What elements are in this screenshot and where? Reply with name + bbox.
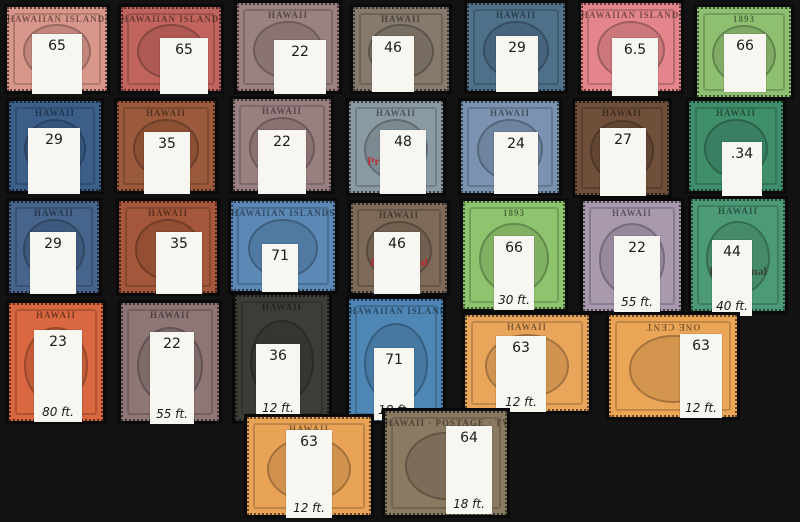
catalog-number: 63 [496, 340, 546, 356]
stamp-inscription: HAWAII [237, 10, 339, 20]
catalog-label: 22 [274, 40, 326, 94]
catalog-label: 65 [32, 34, 82, 94]
catalog-label: 24 [494, 132, 538, 194]
catalog-label: 27 [600, 128, 646, 196]
catalog-label: 3612 ft. [256, 344, 300, 418]
catalog-number: 66 [724, 38, 766, 54]
catalog-label: 48 [380, 130, 426, 194]
catalog-number: 22 [150, 336, 194, 352]
catalog-label: 6312 ft. [680, 334, 722, 418]
catalog-label: 71 [262, 244, 298, 294]
catalog-number: 63 [680, 338, 722, 354]
catalog-number: 63 [286, 434, 332, 450]
stamp-inscription: HAWAII [235, 302, 329, 312]
catalog-number: 29 [496, 40, 538, 56]
catalog-label: 22 [258, 130, 306, 194]
stamp-inscription: HAWAII [119, 208, 217, 218]
stamp-inscription: HAWAII [575, 108, 669, 118]
catalog-number: 48 [380, 134, 426, 150]
catalog-number: 24 [494, 136, 538, 152]
catalog-number: 29 [30, 236, 76, 252]
catalog-label: 2255 ft. [150, 332, 194, 424]
stamp-inscription: HAWAIIAN ISLANDS POSTAGE [581, 10, 681, 20]
catalog-number: 44 [712, 244, 752, 260]
catalog-number: 35 [144, 136, 190, 152]
catalog-number: 64 [446, 430, 492, 446]
catalog-number: 23 [34, 334, 82, 350]
catalog-label: 66 [724, 34, 766, 92]
stamp-inscription: HAWAII [117, 108, 215, 118]
catalog-number: 6.5 [612, 42, 658, 58]
price-note: 12 ft. [286, 501, 332, 515]
stamp-inscription: 1893 [463, 208, 565, 218]
catalog-number: 22 [614, 240, 660, 256]
stamp-inscription: HAWAII [461, 108, 559, 118]
catalog-label: 2255 ft. [614, 236, 660, 312]
catalog-number: 36 [256, 348, 300, 364]
catalog-number: 71 [262, 248, 298, 264]
stamp-inscription: HAWAII [121, 310, 219, 320]
stamp-inscription: HAWAIIAN ISLANDS POSTAGE [231, 208, 335, 218]
price-note: 80 ft. [34, 405, 82, 419]
price-note: 18 ft. [446, 497, 492, 511]
stamp-inscription: HAWAII [9, 310, 103, 320]
stamp-inscription: HAWAII [467, 10, 565, 20]
catalog-number: 65 [160, 42, 208, 58]
catalog-label: 4440 ft. [712, 240, 752, 316]
stamp-inscription: ONE CENT [609, 322, 737, 332]
price-note: 55 ft. [150, 407, 194, 421]
catalog-number: 46 [374, 236, 420, 252]
catalog-label: 29 [496, 36, 538, 92]
catalog-label: 6.5 [612, 38, 658, 96]
catalog-label: 29 [30, 232, 76, 294]
catalog-label: .34 [722, 142, 762, 198]
price-note: 12 ft. [496, 395, 546, 409]
catalog-label: 46 [374, 232, 420, 294]
stamp-inscription: HAWAII [9, 108, 101, 118]
stamp-inscription: HAWAII [9, 208, 99, 218]
price-note: 55 ft. [614, 295, 660, 309]
catalog-number: .34 [722, 146, 762, 162]
stamp-inscription: HAWAII [233, 106, 331, 116]
catalog-label: 2380 ft. [34, 330, 82, 422]
catalog-number: 29 [28, 132, 80, 148]
catalog-number: 35 [156, 236, 202, 252]
catalog-number: 27 [600, 132, 646, 148]
price-note: 12 ft. [256, 401, 300, 415]
catalog-number: 22 [258, 134, 306, 150]
catalog-label: 65 [160, 38, 208, 94]
catalog-label: 35 [144, 132, 190, 194]
stamp-inscription: HAWAII [583, 208, 681, 218]
stamp-inscription: HAWAII [349, 108, 443, 118]
stamp-inscription: HAWAII [689, 108, 783, 118]
catalog-number: 71 [374, 352, 414, 368]
stamp-inscription: HAWAII [353, 14, 449, 24]
catalog-label: 6418 ft. [446, 426, 492, 514]
stamp-inscription: HAWAIIAN ISLANDS POSTAGE [121, 14, 221, 24]
catalog-number: 46 [372, 40, 414, 56]
stamp-inscription: HAWAII [351, 210, 447, 220]
catalog-label: 6630 ft. [494, 236, 534, 310]
price-note: 30 ft. [494, 293, 534, 307]
stamp-inscription: HAWAIIAN ISLANDS POSTAGE [7, 14, 107, 24]
stamp-inscription: HAWAII [465, 322, 589, 332]
price-note: 40 ft. [712, 299, 752, 313]
catalog-label: 6312 ft. [286, 430, 332, 518]
catalog-label: 29 [28, 128, 80, 194]
price-note: 12 ft. [680, 401, 722, 415]
catalog-label: 35 [156, 232, 202, 294]
catalog-number: 22 [274, 44, 326, 60]
catalog-number: 66 [494, 240, 534, 256]
stamp-inscription: HAWAII [691, 206, 785, 216]
catalog-label: 46 [372, 36, 414, 92]
catalog-number: 65 [32, 38, 82, 54]
stamp-inscription: 1893 [697, 14, 791, 24]
stamp-inscription: HAWAIIAN ISLANDS POSTAGE [349, 306, 443, 316]
catalog-label: 6312 ft. [496, 336, 546, 412]
